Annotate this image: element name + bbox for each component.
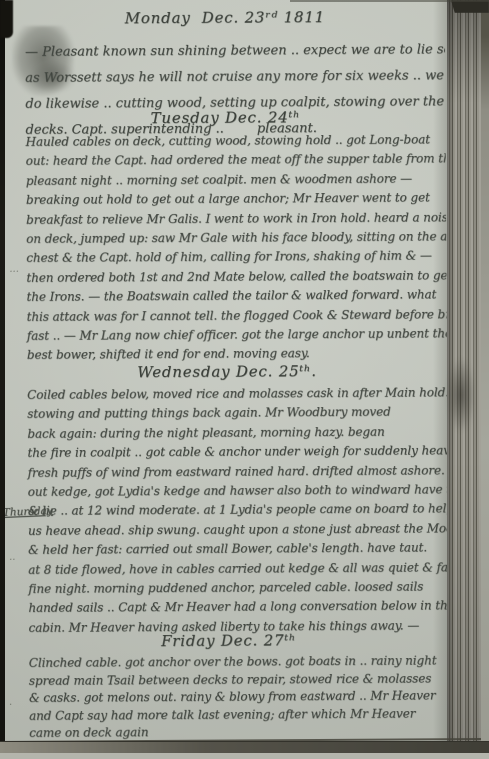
margin-mark: ..: [9, 552, 15, 563]
table-surface-strip: [0, 753, 489, 759]
manuscript-line: — Pleasant known sun shining between .. …: [25, 37, 437, 66]
entry-heading-monday: Monday Dec. 23ʳᵈ 1811: [24, 7, 426, 27]
entry-body-friday: Clinched cable. got anchor over the bows…: [29, 652, 442, 741]
manuscript-line: Coiled cables below, moved rice and mola…: [27, 383, 439, 405]
manuscript-page-text: Monday Dec. 23ʳᵈ 1811 — Pleasant known s…: [0, 0, 449, 741]
entry-heading-wednesday: Wednesday Dec. 25ᵗʰ.: [26, 361, 428, 381]
manuscript-line: breaking out hold to get out a large anc…: [26, 189, 438, 211]
manuscript-line: as Worssett says he will not cruise any …: [25, 63, 437, 92]
manuscript-line: and Capt say had more talk last evening;…: [29, 705, 441, 725]
entry-heading-tuesday: Tuesday Dec. 24ᵗʰ: [24, 107, 426, 127]
manuscript-line: back again: during the night pleasant, m…: [27, 422, 439, 444]
manuscript-line: stowing and putting things back again. M…: [27, 403, 439, 425]
manuscript-line: the Irons. — the Boatswain called the ta…: [26, 286, 438, 308]
page-edge-stain: [447, 358, 475, 432]
entry-heading-friday: Friday Dec. 27ᵗʰ: [28, 630, 430, 650]
margin-mark: ...: [9, 264, 19, 275]
manuscript-line: us heave ahead. ship swung. caught upon …: [28, 519, 440, 541]
manuscript-line: chest & the Capt. hold of him, calling f…: [26, 247, 438, 269]
margin-mark: .: [9, 697, 12, 708]
manuscript-line: & casks. got melons out. rainy & blowy f…: [29, 687, 441, 707]
manuscript-line: then ordered both 1st and 2nd Mate below…: [26, 266, 438, 288]
manuscript-line: this attack was for I cannot tell. the f…: [27, 305, 439, 327]
manuscript-line: handed sails .. Capt & Mr Heaver had a l…: [28, 597, 440, 619]
manuscript-photo: Monday Dec. 23ʳᵈ 1811 — Pleasant known s…: [0, 0, 489, 759]
entry-body-tuesday: Hauled cables on deck, cutting wood, sto…: [26, 130, 439, 365]
manuscript-line: out kedge, got Lydia's kedge and hawser …: [28, 480, 440, 502]
manuscript-line: fine night. morning puddened anchor, par…: [28, 577, 440, 599]
manuscript-line: on deck, jumped up: saw Mr Gale with his…: [26, 227, 438, 249]
margin-note-thursday: Thursday: [3, 505, 53, 519]
manuscript-line: Hauled cables on deck, cutting wood, sto…: [26, 130, 438, 152]
entry-body-wednesday: Coiled cables below, moved rice and mola…: [27, 383, 441, 638]
left-binding-corner: [0, 0, 13, 38]
manuscript-line: the fire in coalpit .. got cable & ancho…: [27, 442, 439, 464]
manuscript-line: & lie .. at 12 wind moderate. at 1 Lydia…: [28, 500, 440, 522]
manuscript-line: fresh puffs of wind from eastward rained…: [28, 461, 440, 483]
manuscript-line: at 8 tide flowed, hove in cables carried…: [28, 558, 440, 580]
manuscript-line: Clinched cable. got anchor over the bows…: [29, 652, 441, 672]
gutter-shadow: [433, 0, 447, 741]
manuscript-line: out: heard the Capt. had ordered the mea…: [26, 150, 438, 172]
entry-body-monday: — Pleasant known sun shining between .. …: [25, 37, 438, 144]
manuscript-line: fast .. — Mr Lang now chief officer. got…: [27, 324, 439, 346]
top-edge-line: [290, 0, 489, 2]
left-binding-edge: [0, 0, 5, 759]
manuscript-line: pleasant night .. morning set coalpit. m…: [26, 169, 438, 191]
manuscript-line: breakfast to relieve Mr Galis. I went to…: [26, 208, 438, 230]
book-cover-edge: [481, 0, 489, 741]
manuscript-line: & held her fast: carried out small Bower…: [28, 539, 440, 561]
